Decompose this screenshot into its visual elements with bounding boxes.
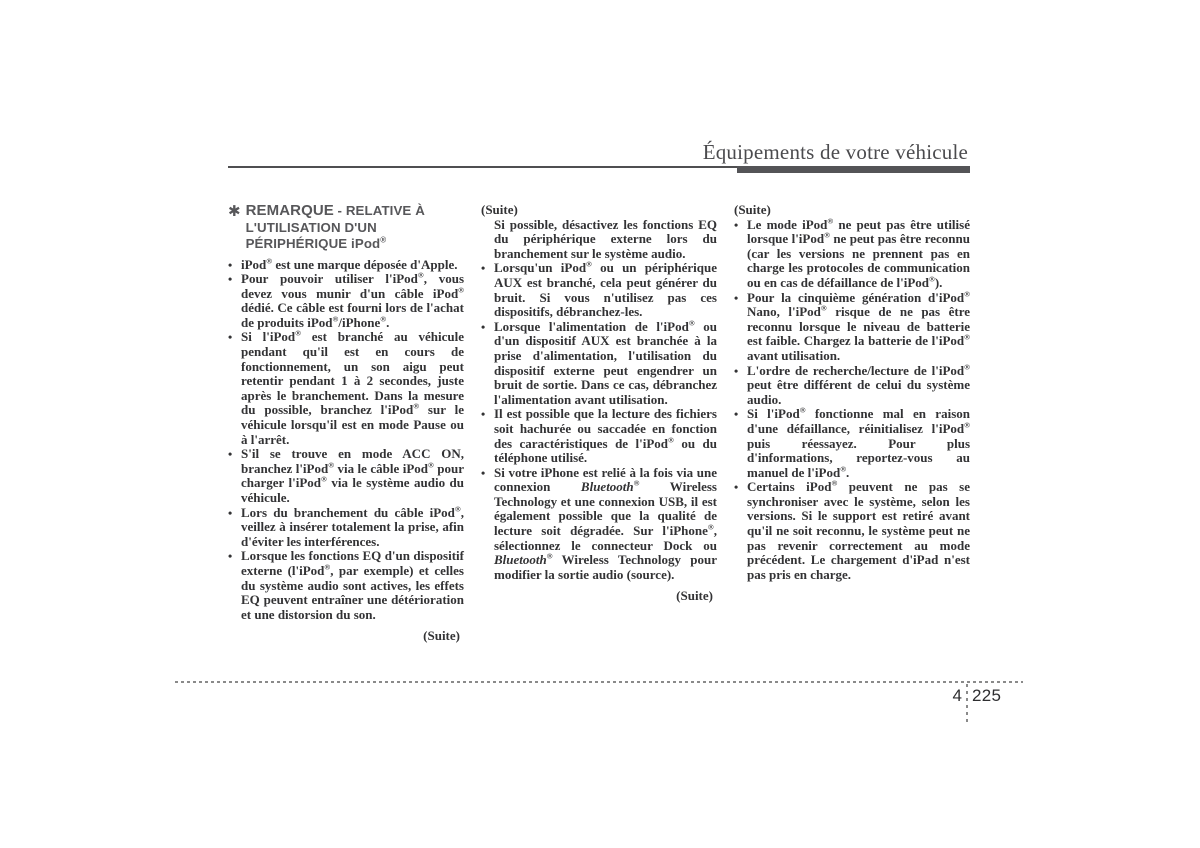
middle-bullet-item: Il est possible que la lecture des fichi… — [481, 407, 717, 465]
continuation-paragraph: Si possible, désactivez les fonctions EQ… — [481, 218, 717, 262]
page-header-title: Équipements de votre véhicule — [228, 140, 970, 165]
note-bullet-item: Si l'iPod® est branché au véhicule penda… — [228, 330, 464, 447]
middle-bullet-list: Lorsqu'un iPod® ou un périphérique AUX e… — [481, 261, 717, 582]
page-content: Équipements de votre véhicule ✱ REMARQUE… — [228, 140, 970, 644]
text-columns: ✱ REMARQUE - RELATIVE À L'UTILISATION D'… — [228, 203, 970, 644]
note-bullet-list: iPod® est une marque déposée d'Apple.Pou… — [228, 258, 464, 623]
header-rule — [228, 166, 970, 174]
right-bullet-item: Le mode iPod® ne peut pas être utilisé l… — [734, 218, 970, 291]
note-heading: ✱ REMARQUE - RELATIVE À L'UTILISATION D'… — [228, 203, 464, 253]
suite-label-bottom: (Suite) — [481, 589, 717, 604]
footer-dashed-line — [175, 681, 1023, 683]
note-title-lead: REMARQUE — [246, 202, 334, 219]
right-bullet-item: L'ordre de recherche/lecture de l'iPod® … — [734, 364, 970, 408]
note-bullet-item: S'il se trouve en mode ACC ON, branchez … — [228, 447, 464, 505]
middle-bullet-item: Si votre iPhone est relié à la fois via … — [481, 466, 717, 583]
note-bullet-item: iPod® est une marque déposée d'Apple. — [228, 258, 464, 273]
suite-label-top: (Suite) — [734, 203, 970, 218]
note-bullet-item: Pour pouvoir utiliser l'iPod®, vous deve… — [228, 272, 464, 330]
middle-bullet-item: Lorsque l'alimentation de l'iPod® ou d'u… — [481, 320, 717, 408]
right-bullet-item: Certains iPod® peuvent ne pas se synchro… — [734, 480, 970, 582]
chapter-number: 4 — [900, 686, 962, 706]
right-bullet-list: Le mode iPod® ne peut pas être utilisé l… — [734, 218, 970, 583]
page-number: 225 — [972, 686, 1001, 706]
note-bullet-item: Lorsque les fonctions EQ d'un dispositif… — [228, 549, 464, 622]
suite-label-top: (Suite) — [481, 203, 717, 218]
right-bullet-item: Si l'iPod® fonctionne mal en raison d'un… — [734, 407, 970, 480]
column-right: (Suite) Le mode iPod® ne peut pas être u… — [734, 203, 970, 644]
asterisk-icon: ✱ — [228, 204, 241, 254]
column-left: ✱ REMARQUE - RELATIVE À L'UTILISATION D'… — [228, 203, 464, 644]
header-rule-thick — [737, 166, 970, 173]
column-middle: (Suite) Si possible, désactivez les fonc… — [481, 203, 717, 644]
footer-vertical-dash — [966, 684, 968, 724]
middle-bullet-item: Lorsqu'un iPod® ou un périphérique AUX e… — [481, 261, 717, 319]
right-bullet-item: Pour la cinquième génération d'iPod® Nan… — [734, 291, 970, 364]
note-title: REMARQUE - RELATIVE À L'UTILISATION D'UN… — [246, 203, 464, 253]
suite-label-bottom: (Suite) — [228, 629, 464, 644]
manual-page: Équipements de votre véhicule ✱ REMARQUE… — [0, 0, 1200, 848]
note-bullet-item: Lors du branchement du câble iPod®, veil… — [228, 506, 464, 550]
